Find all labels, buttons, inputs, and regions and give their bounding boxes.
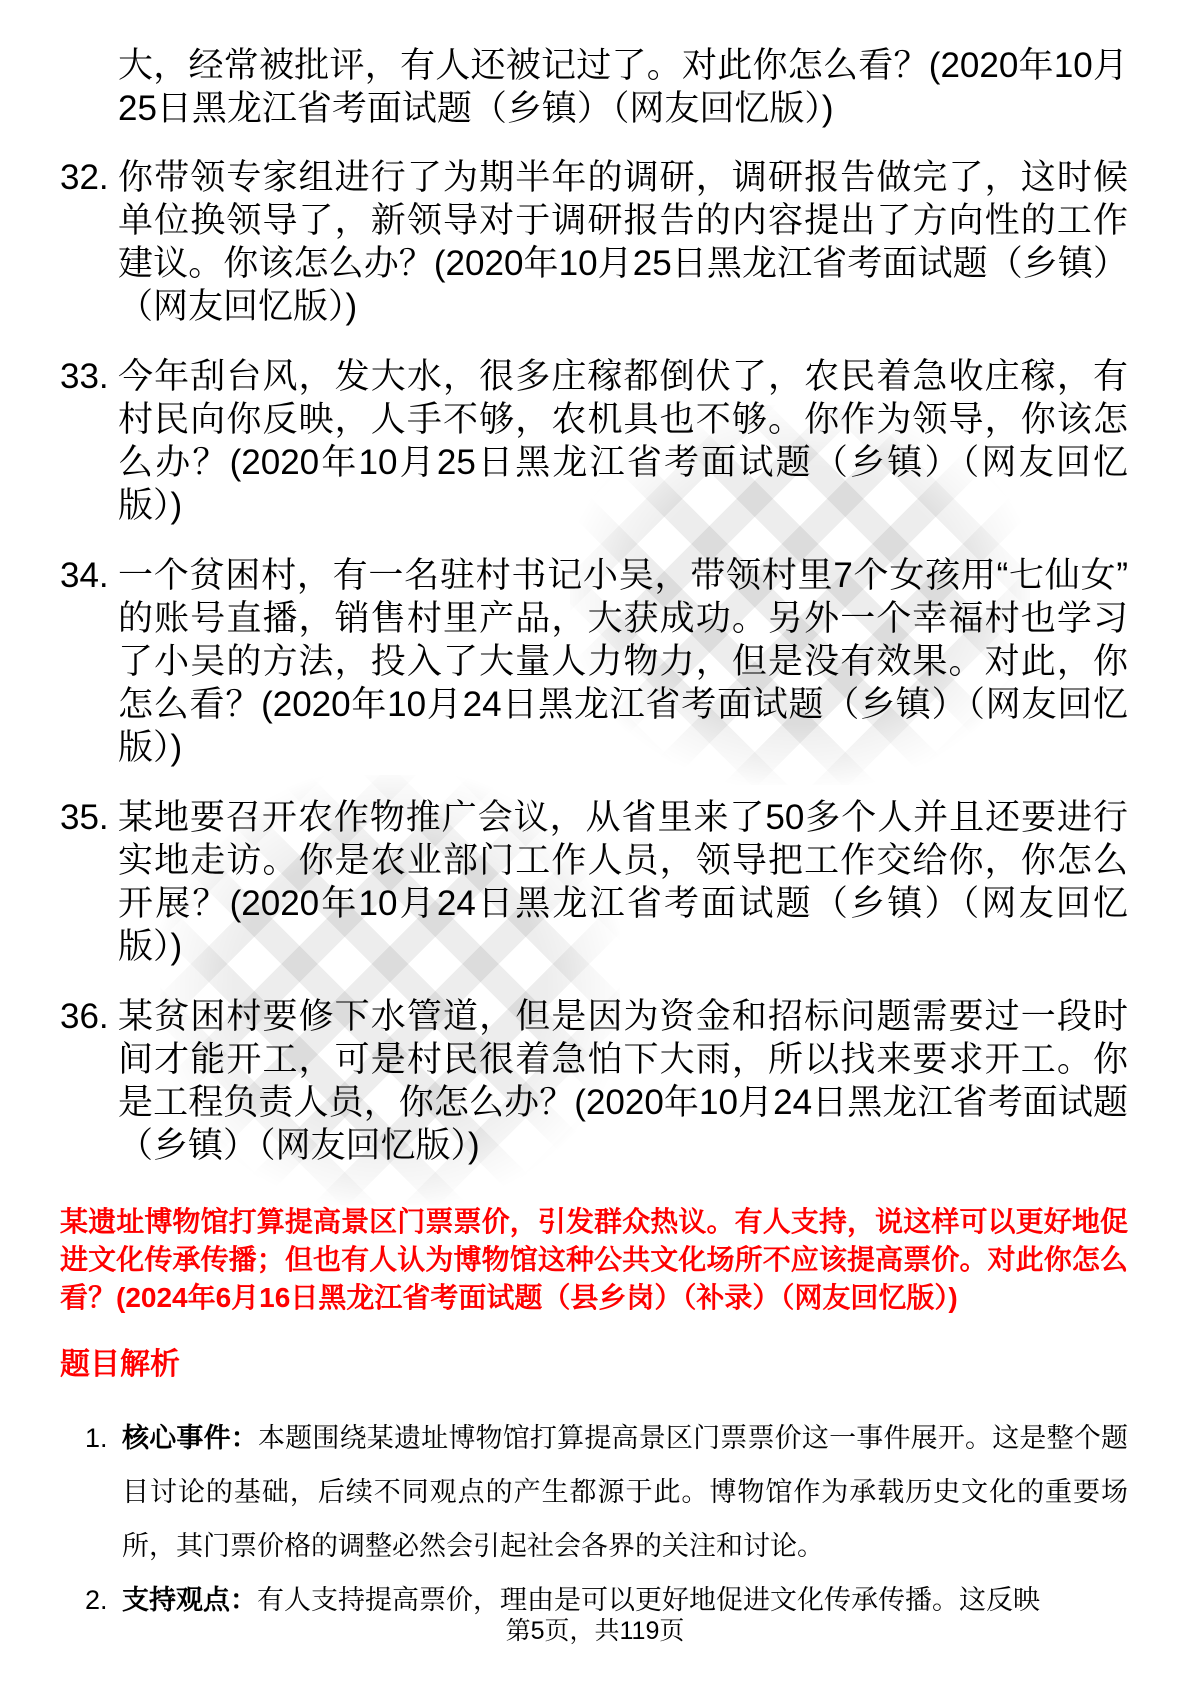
question-31-continuation: 大，经常被批评，有人还被记过了。对此你怎么看？(2020年10月25日黑龙江省考… [118,44,1128,130]
question-item-36: 36. 某贫困村要修下水管道，但是因为资金和招标问题需要过一段时间才能开工，可是… [60,995,1128,1167]
question-text: 你带领专家组进行了为期半年的调研，调研报告做完了，这时候单位换领导了，新领导对于… [118,156,1128,328]
analysis-body: 本题围绕某遗址博物馆打算提高景区门票票价这一事件展开。这是整个题目讨论的基础，后… [122,1423,1128,1561]
page-content: 大，经常被批评，有人还被记过了。对此你怎么看？(2020年10月25日黑龙江省考… [0,0,1190,1627]
document-page: 大，经常被批评，有人还被记过了。对此你怎么看？(2020年10月25日黑龙江省考… [0,0,1190,1684]
analysis-item-1: 1. 核心事件：本题围绕某遗址博物馆打算提高景区门票票价这一事件展开。这是整个题… [60,1411,1128,1573]
question-number: 32. [60,156,118,328]
question-item-35: 35. 某地要召开农作物推广会议，从省里来了50多个人并且还要进行实地走访。你是… [60,796,1128,968]
question-number: 33. [60,355,118,527]
question-number: 36. [60,995,118,1167]
question-item-34: 34. 一个贫困村，有一名驻村书记小吴，带领村里7个女孩用“七仙女”的账号直播，… [60,554,1128,769]
question-text: 某贫困村要修下水管道，但是因为资金和招标问题需要过一段时间才能开工，可是村民很着… [118,995,1128,1167]
question-item-33: 33. 今年刮台风，发大水，很多庄稼都倒伏了，农民着急收庄稼，有村民向你反映，人… [60,355,1128,527]
analysis-number: 1. [60,1411,122,1573]
question-item-32: 32. 你带领专家组进行了为期半年的调研，调研报告做完了，这时候单位换领导了，新… [60,156,1128,328]
question-number: 34. [60,554,118,769]
question-text: 某地要召开农作物推广会议，从省里来了50多个人并且还要进行实地走访。你是农业部门… [118,796,1128,968]
analysis-label: 支持观点： [122,1585,257,1615]
question-text: 一个贫困村，有一名驻村书记小吴，带领村里7个女孩用“七仙女”的账号直播，销售村里… [118,554,1128,769]
analysis-label: 核心事件： [122,1423,258,1453]
analysis-text: 核心事件：本题围绕某遗址博物馆打算提高景区门票票价这一事件展开。这是整个题目讨论… [122,1411,1128,1573]
question-text: 今年刮台风，发大水，很多庄稼都倒伏了，农民着急收庄稼，有村民向你反映，人手不够，… [118,355,1128,527]
highlighted-question: 某遗址博物馆打算提高景区门票票价，引发群众热议。有人支持，说这样可以更好地促进文… [60,1203,1128,1317]
analysis-body: 有人支持提高票价，理由是可以更好地促进文化传承传播。这反映 [257,1585,1040,1615]
analysis-list: 1. 核心事件：本题围绕某遗址博物馆打算提高景区门票票价这一事件展开。这是整个题… [60,1411,1128,1627]
page-number-indicator: 第5页，共119页 [0,1616,1190,1646]
analysis-heading: 题目解析 [60,1345,1128,1385]
question-number: 35. [60,796,118,968]
